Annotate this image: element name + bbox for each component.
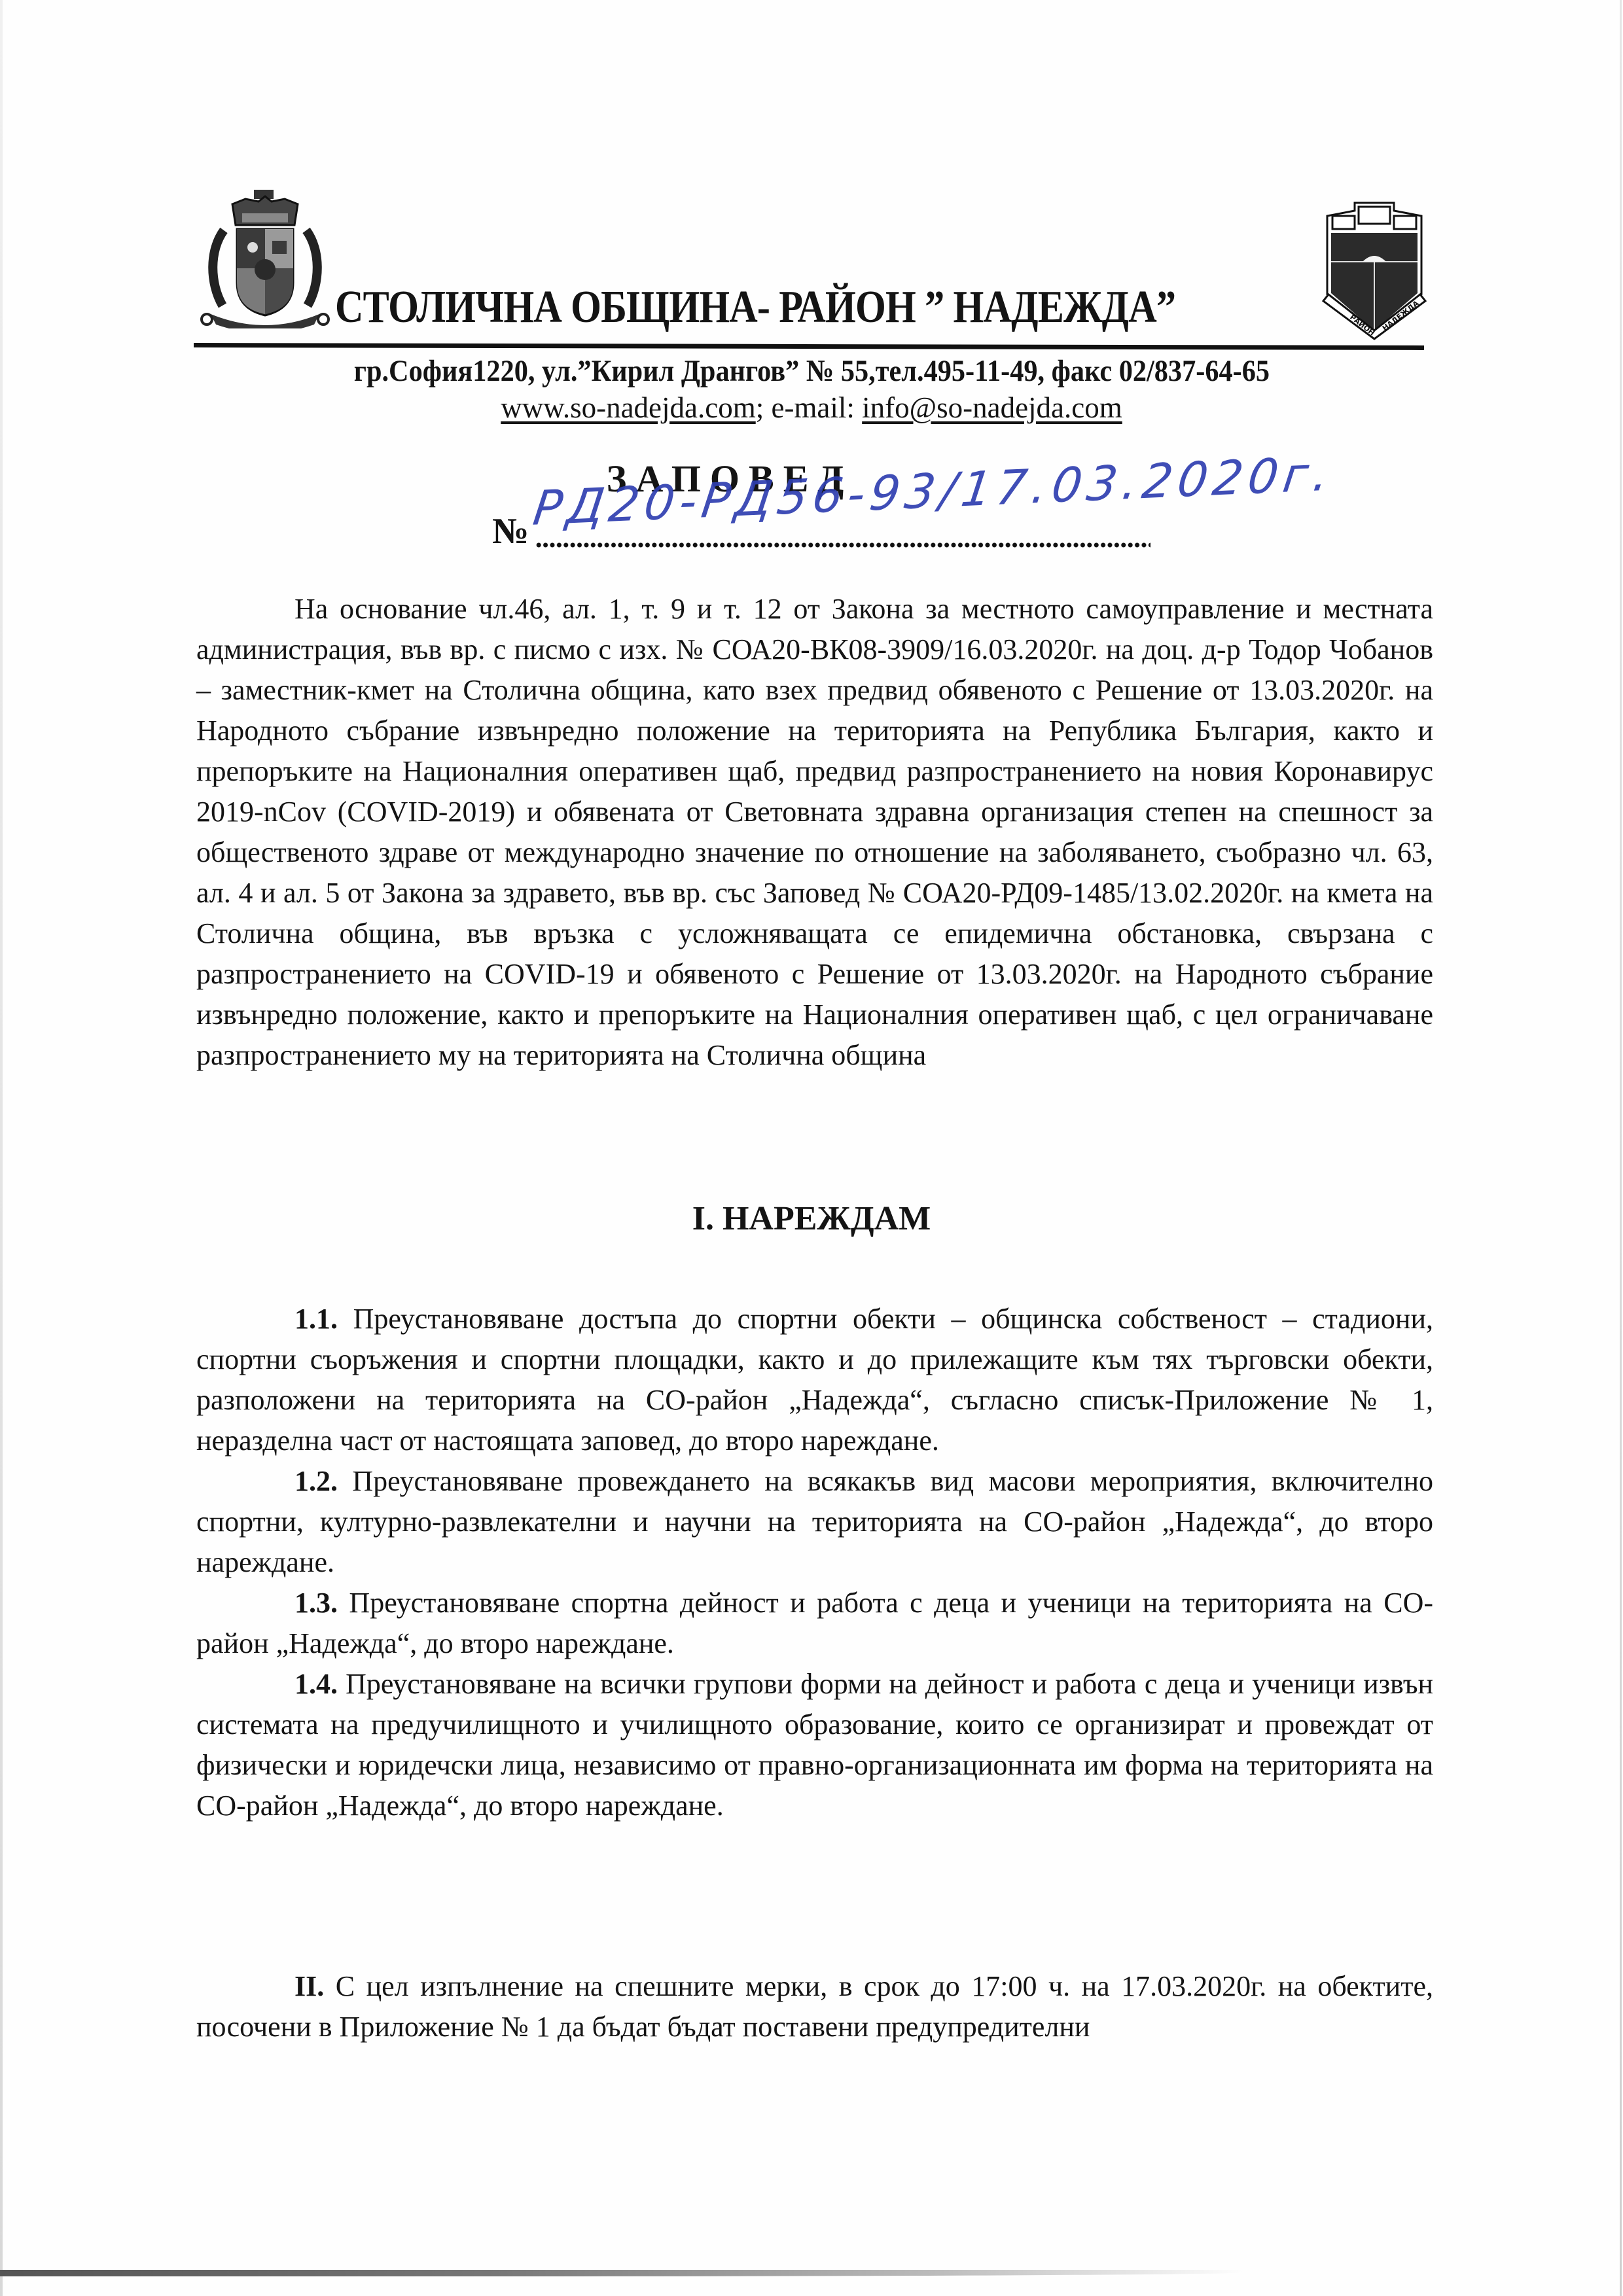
section-two-text: С цел изпълнение на спешните мерки, в ср…	[196, 1970, 1433, 2043]
email-link[interactable]: info@so-nadejda.com	[862, 391, 1122, 424]
scan-edge-shadow	[0, 2270, 1243, 2276]
section-two-number: II.	[294, 1970, 324, 2002]
address-text: гр.София1220, ул.”Кирил Дрангов” № 55,те…	[353, 353, 1269, 389]
website-link[interactable]: www.so-nadejda.com	[501, 391, 755, 424]
number-sign: №	[492, 511, 529, 552]
order-item: 1.1. Преустановяване достъпа до спортни …	[196, 1299, 1433, 1461]
preamble: На основание чл.46, ал. 1, т. 9 и т. 12 …	[196, 589, 1433, 1076]
item-text: Преустановяване на всички групови форми …	[196, 1668, 1433, 1822]
order-item: 1.4. Преустановяване на всички групови ф…	[196, 1664, 1433, 1826]
item-number: 1.4.	[294, 1668, 338, 1700]
item-number: 1.2.	[294, 1465, 338, 1497]
order-item: 1.2. Преустановяване провеждането на вся…	[196, 1461, 1433, 1583]
scan-edge-shadow	[1620, 0, 1622, 2296]
item-text: Преустановяване достъпа до спортни обект…	[196, 1303, 1433, 1457]
section-two-paragraph: II. С цел изпълнение на спешните мерки, …	[196, 1966, 1433, 2047]
header-divider	[194, 343, 1424, 350]
contact-separator: ; e-mail:	[756, 391, 862, 424]
nadezhda-coat-of-arms-icon: РАЙОН НАДЕЖДА	[1315, 196, 1433, 340]
contact-line: www.so-nadejda.com; e-mail: info@so-nade…	[0, 391, 1623, 425]
scan-edge-shadow	[0, 0, 3, 2296]
document-page: СТОЛИЧНА ОБЩИНА- РАЙОН ” НАДЕЖДА” РАЙОН …	[0, 0, 1623, 2296]
section-two: II. С цел изпълнение на спешните мерки, …	[196, 1966, 1433, 2047]
section-one-items: 1.1. Преустановяване достъпа до спортни …	[196, 1299, 1433, 1826]
preamble-paragraph: На основание чл.46, ал. 1, т. 9 и т. 12 …	[196, 589, 1433, 1076]
item-text: Преустановяване спортна дейност и работа…	[196, 1587, 1433, 1659]
item-number: 1.3.	[294, 1587, 338, 1619]
order-item: 1.3. Преустановяване спортна дейност и р…	[196, 1583, 1433, 1664]
address-line: гр.София1220, ул.”Кирил Дрангов” № 55,те…	[0, 353, 1623, 389]
organization-title: СТОЛИЧНА ОБЩИНА- РАЙОН ” НАДЕЖДА”	[335, 281, 1179, 334]
section-one-heading: I. НАРЕЖДАМ	[0, 1199, 1623, 1238]
item-text: Преустановяване провеждането на всякакъв…	[196, 1465, 1433, 1578]
sofia-coat-of-arms-icon	[196, 185, 334, 328]
item-number: 1.1.	[294, 1303, 338, 1335]
